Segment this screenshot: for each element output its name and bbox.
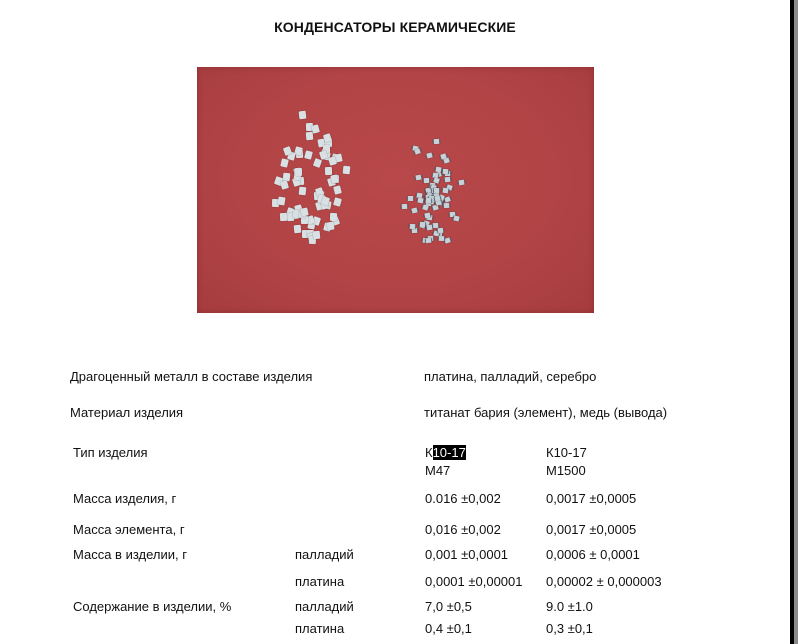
- material-label: Материал изделия: [70, 405, 183, 420]
- capacitor-chip: [313, 158, 322, 168]
- capacitor-chip: [333, 185, 342, 194]
- type-col1-line2: М47: [425, 463, 450, 478]
- type-label: Тип изделия: [73, 445, 148, 460]
- selected-text-highlight[interactable]: 10-17: [433, 445, 466, 460]
- capacitor-chip: [425, 238, 433, 244]
- capacitor-chip: [442, 188, 450, 194]
- capacitor-chip: [409, 224, 416, 229]
- capacitor-chip: [280, 212, 287, 220]
- capacitor-chip: [417, 197, 425, 203]
- capacitor-chip: [434, 166, 442, 172]
- content-platinum-col1: 0,4 ±0,1: [425, 621, 472, 636]
- capacitor-chip: [283, 146, 292, 156]
- capacitor-chip: [437, 228, 445, 234]
- content-palladium-metal: палладий: [295, 599, 354, 614]
- capacitor-chip: [438, 236, 445, 241]
- capacitor-chip: [278, 197, 286, 206]
- capacitor-chip: [411, 207, 419, 213]
- mass-in-product-label: Масса в изделии, г: [73, 547, 187, 562]
- mass-platinum-col1: 0,0001 ±0,00001: [425, 574, 523, 589]
- capacitors-photo: [197, 67, 594, 313]
- mass-palladium-col1: 0,001 ±0,0001: [425, 547, 508, 562]
- capacitor-chip: [401, 203, 408, 208]
- content-platinum-col2: 0,3 ±0,1: [546, 621, 593, 636]
- mass-product-col1: 0.016 ±0,002: [425, 491, 501, 506]
- capacitor-chip: [414, 148, 422, 155]
- capacitor-chip: [299, 111, 307, 120]
- precious-metal-label: Драгоценный металл в составе изделия: [70, 369, 312, 384]
- capacitor-chip: [433, 188, 440, 193]
- content-platinum-metal: платина: [295, 621, 344, 636]
- capacitor-chip: [422, 204, 430, 211]
- capacitor-chip: [453, 215, 461, 221]
- capacitor-chip: [306, 131, 314, 140]
- capacitor-chip: [313, 231, 321, 240]
- capacitor-chip: [280, 181, 289, 191]
- precious-metal-value: платина, палладий, серебро: [424, 369, 596, 384]
- mass-element-col2: 0,0017 ±0,0005: [546, 522, 636, 537]
- window-border-shadow: [794, 0, 798, 644]
- type-col2-line2: М1500: [546, 463, 586, 478]
- type-col2-line1: К10-17: [546, 445, 587, 460]
- content-palladium-col2: 9.0 ±1.0: [546, 599, 593, 614]
- capacitor-chip: [298, 186, 306, 195]
- capacitor-chip: [333, 197, 342, 207]
- capacitor-chip: [330, 213, 337, 221]
- mass-product-label: Масса изделия, г: [73, 491, 176, 506]
- capacitor-chip: [342, 166, 350, 175]
- mass-element-col1: 0,016 ±0,002: [425, 522, 501, 537]
- capacitor-chip: [457, 180, 465, 186]
- capacitor-chip: [325, 167, 332, 175]
- type-col1-prefix: К: [425, 445, 433, 460]
- capacitor-chip: [326, 222, 334, 231]
- capacitor-chip: [426, 224, 434, 230]
- content-palladium-col1: 7,0 ±0,5: [425, 599, 472, 614]
- capacitor-chip: [442, 169, 449, 174]
- document-title: КОНДЕНСАТОРЫ КЕРАМИЧЕСКИЕ: [0, 19, 790, 35]
- mass-element-label: Масса элемента, г: [73, 522, 185, 537]
- capacitor-chip: [294, 225, 302, 234]
- capacitor-chip: [304, 151, 313, 160]
- capacitor-chip: [295, 168, 302, 176]
- capacitor-chip: [443, 177, 450, 183]
- capacitor-chip: [433, 139, 440, 144]
- capacitor-chip: [419, 222, 426, 227]
- capacitor-chip: [425, 198, 432, 204]
- mass-product-col2: 0,0017 ±0,0005: [546, 491, 636, 506]
- mass-platinum-col2: 0,00002 ± 0,000003: [546, 574, 662, 589]
- capacitor-chip: [443, 202, 450, 207]
- content-label: Содержание в изделии, %: [73, 599, 231, 614]
- capacitor-chip: [280, 159, 289, 168]
- mass-palladium-metal: палладий: [295, 547, 354, 562]
- capacitor-chip: [407, 196, 414, 201]
- mass-palladium-col2: 0,0006 ± 0,0001: [546, 547, 640, 562]
- type-col1-line1: К10-17: [425, 445, 466, 460]
- material-value: титанат бария (элемент), медь (вывода): [424, 405, 667, 420]
- document-page: КОНДЕНСАТОРЫ КЕРАМИЧЕСКИЕ Драгоценный ме…: [0, 0, 790, 644]
- capacitor-chip: [414, 174, 422, 180]
- capacitor-chip: [426, 152, 434, 159]
- mass-platinum-metal: платина: [295, 574, 344, 589]
